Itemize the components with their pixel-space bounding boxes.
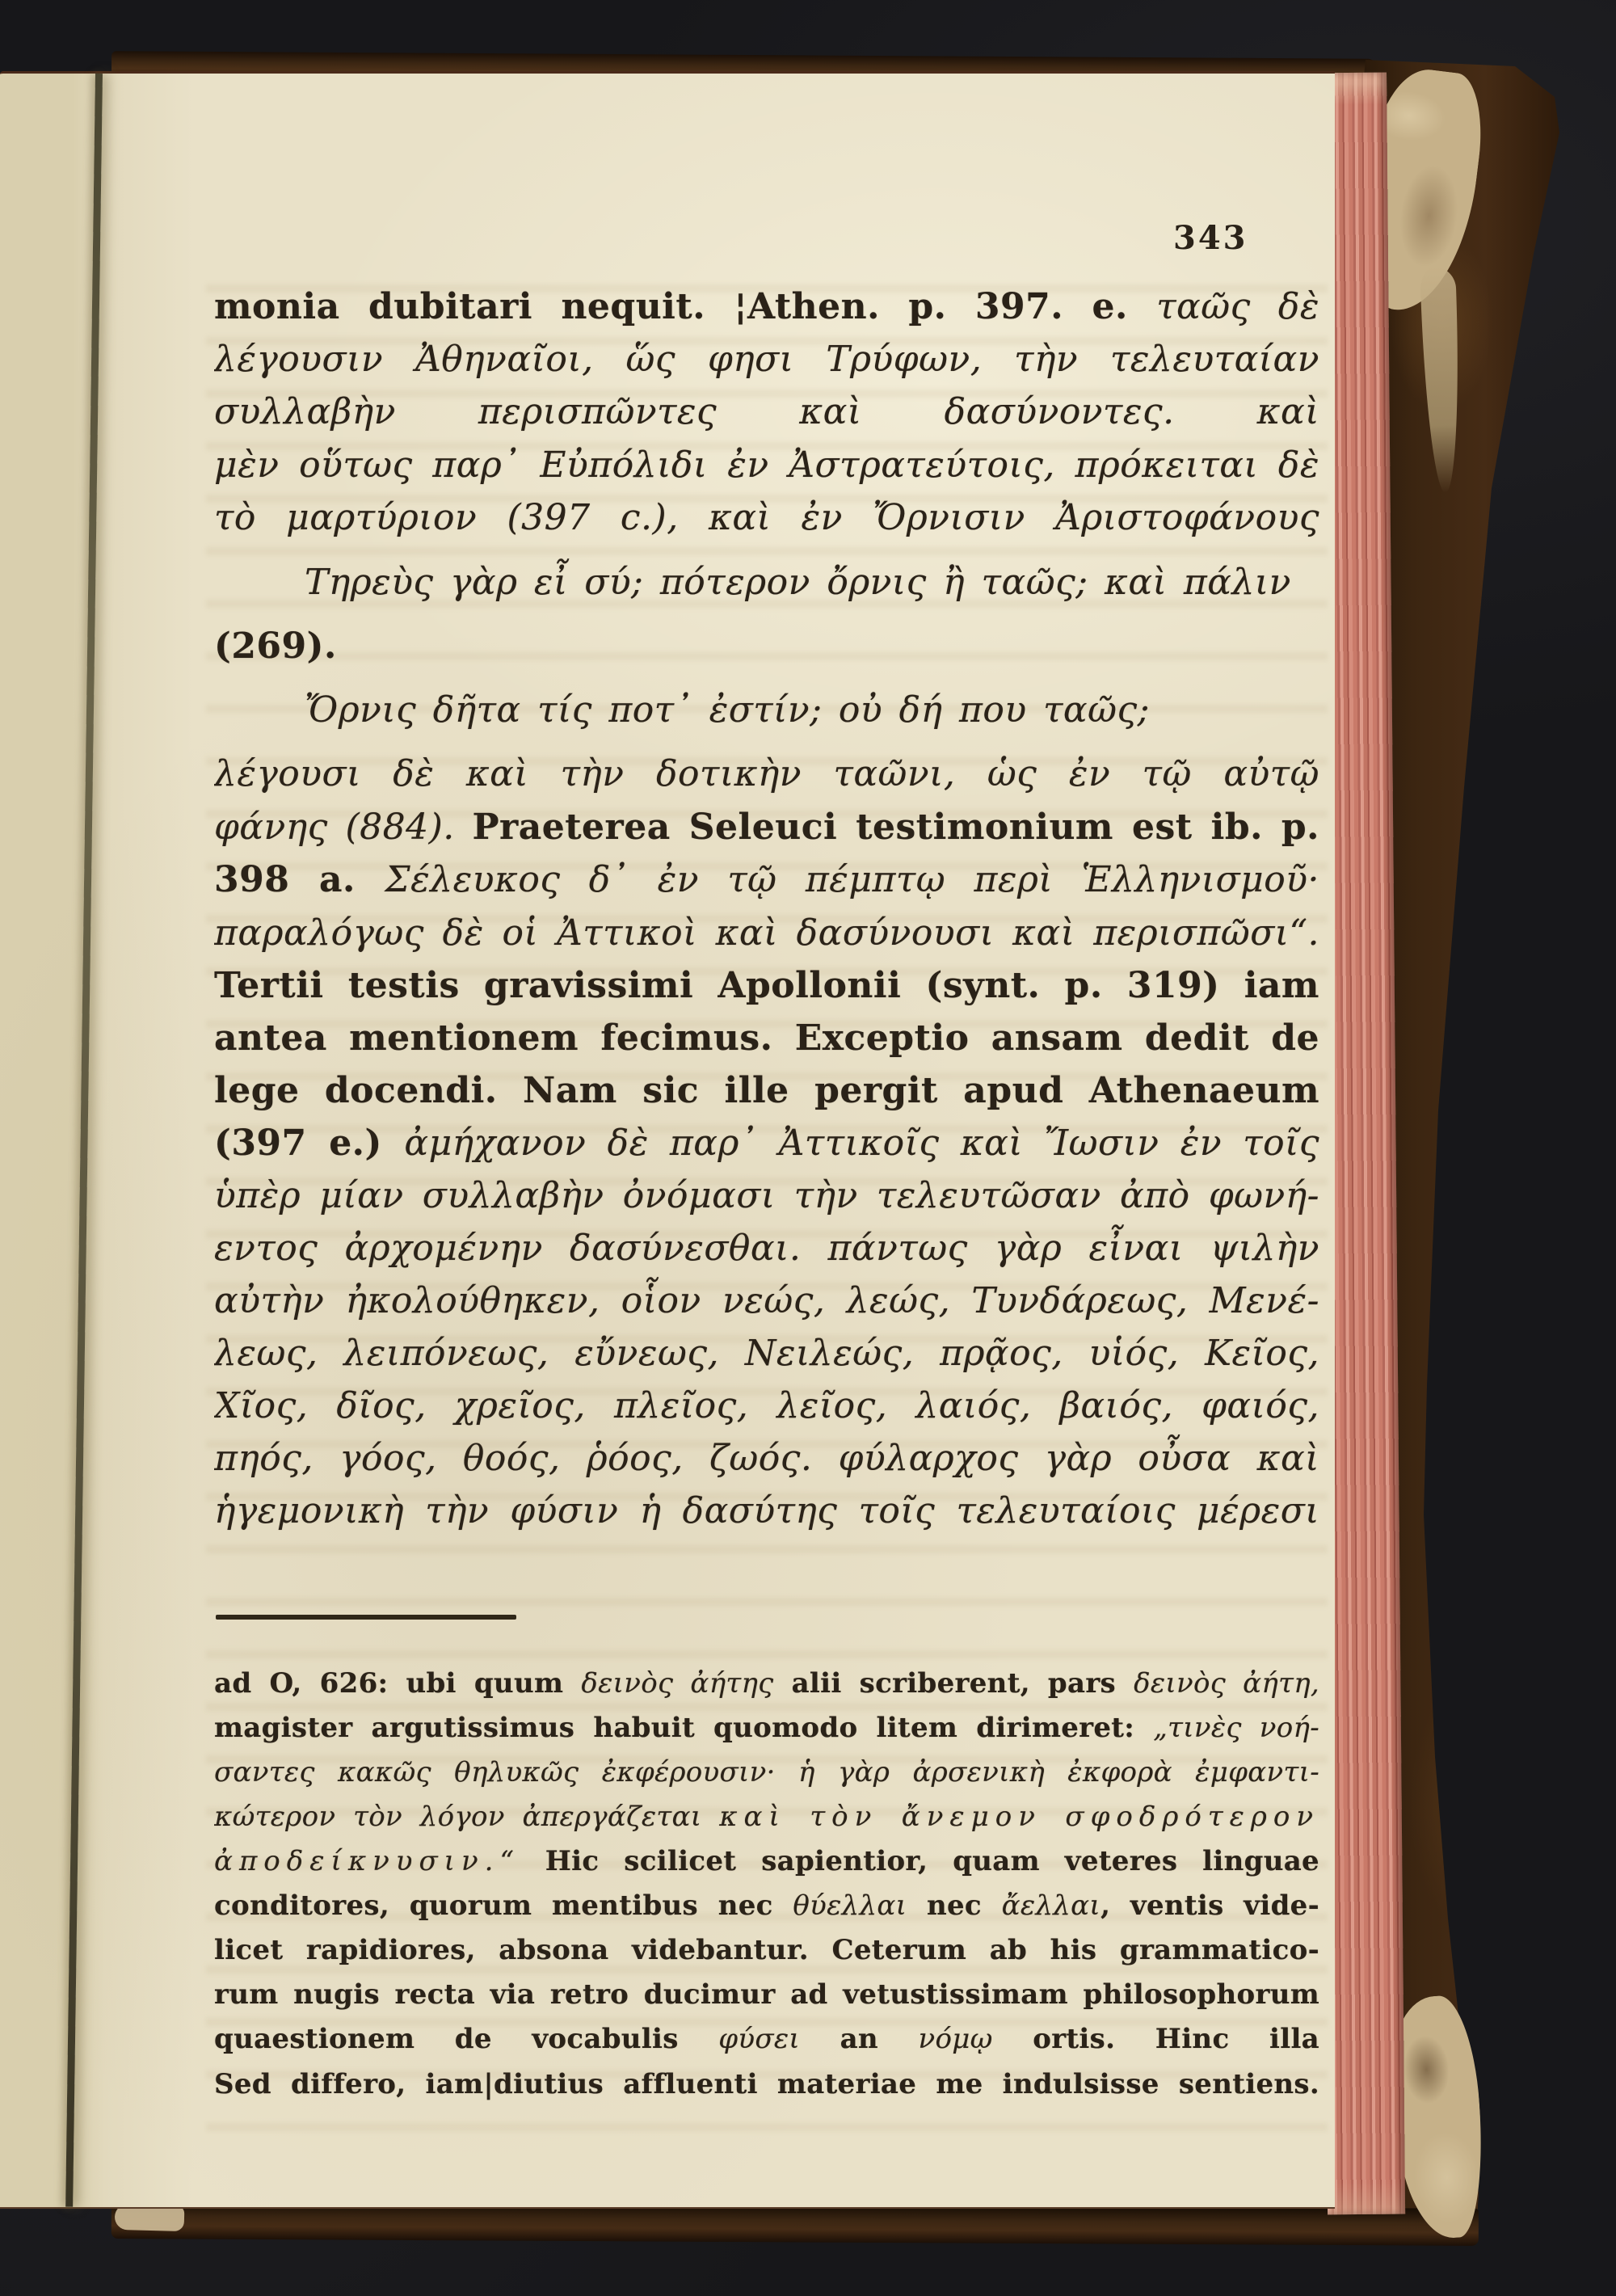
text-line: εντος ἀρχομένην δασύνεσθαι. πάντως γὰρ ε… (214, 1222, 1319, 1274)
latin-text-segment: (397 e.) (214, 1123, 404, 1164)
greek-text-segment: πηός, γόος, θοός, ῥόος, ζωός. φύλαρχος γ… (214, 1438, 1319, 1479)
greek-text-segment: κώτερον τὸν λόγον ἀπεργάζεται (214, 1801, 719, 1833)
text-line: antea mentionem fecimus. Exceptio ansam … (214, 1012, 1319, 1064)
text-line: λέγουσι δὲ καὶ τὴν δοτικὴν ταῶνι, ὡς ἐν … (214, 748, 1319, 801)
text-line: λεως, λειπόνεως, εὔνεως, Νειλεώς, πρᾷος,… (214, 1327, 1319, 1380)
latin-text-segment: Sed differo, iam|diutius affluenti mater… (214, 2068, 1319, 2100)
text-line: παραλόγως δὲ οἱ Ἀττικοὶ καὶ δασύνουσι κα… (214, 907, 1319, 959)
text-line: Sed differo, iam|diutius affluenti mater… (214, 2062, 1319, 2107)
greek-text-segment: Ὄρνις δῆτα τίς ποτ᾽ ἐστίν; οὐ δή που ταῶ… (305, 689, 1150, 731)
latin-text-segment: licet rapidiores, absona videbantur. Cet… (214, 1934, 1319, 1966)
latin-text-segment: Tertii testis gravissimi Apollonii (synt… (214, 965, 1319, 1006)
footnote-block: ad O, 626: ubi quum δεινὸς ἀήτης alii sc… (214, 1662, 1319, 2107)
text-line: ἀποδείκνυσιν.“ Hic scilicet sapientior, … (214, 1839, 1319, 1884)
scanned-book-photo: 343 monia dubitari nequit. ¦Athen. p. 39… (0, 0, 1616, 2296)
latin-text-segment: rum nugis recta via retro ducimur ad vet… (214, 1978, 1319, 2011)
latin-text-segment: quaestionem de vocabulis (214, 2023, 718, 2055)
greek-text-segment: ἡγεμονικὴ τὴν φύσιν ἡ δασύτης τοῖς τελευ… (214, 1490, 1319, 1531)
latin-text-segment: an (800, 2023, 918, 2055)
greek-text-segment: ἀποδείκνυσιν.“ (214, 1845, 520, 1877)
greek-text-segment: φύσει (718, 2023, 800, 2055)
greek-text-segment: „τινὲς νοή- (1153, 1712, 1319, 1744)
latin-text-segment: conditores, quorum mentibus nec (214, 1889, 793, 1922)
text-line: lege docendi. Nam sic ille pergit apud A… (214, 1064, 1319, 1117)
text-line: Χῖος, δῖος, χρεῖος, πλεῖος, λεῖος, λαιός… (214, 1380, 1319, 1432)
latin-text-segment: Hic scilicet sapientior, quam veteres li… (520, 1845, 1319, 1877)
text-line: conditores, quorum mentibus nec θύελλαι … (214, 1884, 1319, 1928)
footnote-separator-rule (216, 1615, 516, 1620)
text-line: συλλαβὴν περισπῶντες καὶ δασύνοντες. καὶ… (214, 385, 1319, 439)
greek-text-segment: ἄελλαι (1002, 1889, 1100, 1922)
text-line: 398 a. Σέλευκος δ᾽ ἐν τῷ πέμπτῳ περὶ Ἑλλ… (214, 853, 1319, 907)
latin-text-segment: Praeterea Seleuci testimonium est ib. p. (472, 807, 1319, 848)
greek-text-segment: λέγουσι δὲ καὶ τὴν δοτικὴν ταῶνι, ὡς ἐν … (214, 753, 1319, 801)
page-content: monia dubitari nequit. ¦Athen. p. 397. e… (214, 280, 1319, 2107)
text-line: ὑπὲρ μίαν συλλαβὴν ὀνόμασι τὴν τελευτῶσα… (214, 1169, 1319, 1222)
page-surface: 343 monia dubitari nequit. ¦Athen. p. 39… (0, 71, 1335, 2209)
text-line: πηός, γόος, θοός, ῥόος, ζωός. φύλαρχος γ… (214, 1432, 1319, 1485)
text-line: σαντες κακῶς θηλυκῶς ἐκφέρουσιν· ἡ γὰρ ἀ… (214, 1750, 1319, 1795)
text-line: μὲν οὕτως παρ᾽ Εὐπόλιδι ἐν Ἀστρατεύτοις,… (214, 439, 1319, 491)
latin-text-segment: , ventis vide- (1100, 1889, 1319, 1922)
greek-text-segment: ἀμήχανον δὲ παρ᾽ Ἀττικοῖς καὶ Ἴωσιν ἐν τ… (404, 1123, 1319, 1164)
greek-text-segment: εντος ἀρχομένην δασύνεσθαι. πάντως γὰρ ε… (214, 1228, 1319, 1269)
text-line: φάνης (884). Praeterea Seleuci testimoni… (214, 801, 1319, 853)
greek-text-segment: Τηρεὺς γὰρ εἶ σύ; πότερον ὄρνις ἢ ταῶς; … (305, 562, 1291, 603)
latin-text-segment: ad O, 626: ubi quum (214, 1667, 581, 1700)
latin-text-segment: alii scriberent, pars (773, 1667, 1134, 1700)
greek-text-segment: τὸ μαρτύριον (397 c.), καὶ ἐν Ὄρνισιν Ἀρ… (214, 497, 1319, 545)
latin-text-segment: monia dubitari nequit. ¦Athen. p. 397. e… (214, 286, 1156, 327)
greek-text-segment: καὶ τὸν ἄνεμον σφοδρότερον (719, 1801, 1319, 1833)
latin-text-segment: nec (907, 1889, 1001, 1922)
text-line: (269). (214, 620, 1319, 672)
text-line: licet rapidiores, absona videbantur. Cet… (214, 1928, 1319, 1973)
latin-text-segment: (269). (214, 626, 337, 667)
greek-text-segment: παραλόγως δὲ οἱ Ἀττικοὶ καὶ δασύνουσι κα… (214, 912, 1319, 954)
greek-text-segment: ταῶς δὲ (1156, 286, 1319, 327)
text-line: ἡγεμονικὴ τὴν φύσιν ἡ δασύτης τοῖς τελευ… (214, 1485, 1319, 1537)
text-line: monia dubitari nequit. ¦Athen. p. 397. e… (214, 280, 1319, 333)
greek-text-segment: νόμῳ (919, 2023, 993, 2055)
text-line: αὐτὴν ἠκολούθηκεν, οἷον νεώς, λεώς, Τυνδ… (214, 1274, 1319, 1327)
greek-text-segment: αὐτὴν ἠκολούθηκεν, οἷον νεώς, λεώς, Τυνδ… (214, 1280, 1319, 1321)
greek-text-segment: λεως, λειπόνεως, εὔνεως, Νειλεώς, πρᾷος,… (214, 1333, 1319, 1374)
latin-text-segment: 398 a. (214, 859, 385, 900)
text-line: τὸ μαρτύριον (397 c.), καὶ ἐν Ὄρνισιν Ἀρ… (214, 491, 1319, 545)
main-text-block: monia dubitari nequit. ¦Athen. p. 397. e… (214, 280, 1319, 1537)
greek-text-segment: λέγουσιν Ἀθηναῖοι, ὥς φησι Τρύφων, τὴν τ… (214, 339, 1319, 380)
text-line: quaestionem de vocabulis φύσει an νόμῳ o… (214, 2017, 1319, 2062)
text-line: λέγουσιν Ἀθηναῖοι, ὥς φησι Τρύφων, τὴν τ… (214, 333, 1319, 385)
text-line: ad O, 626: ubi quum δεινὸς ἀήτης alii sc… (214, 1662, 1319, 1706)
latin-text-segment: magister argutissimus habuit quomodo lit… (214, 1712, 1153, 1744)
page-number: 343 (1173, 219, 1248, 257)
text-line: Tertii testis gravissimi Apollonii (synt… (214, 959, 1319, 1012)
text-line: rum nugis recta via retro ducimur ad vet… (214, 1973, 1319, 2017)
greek-text-segment: Χῖος, δῖος, χρεῖος, πλεῖος, λεῖος, λαιός… (214, 1385, 1319, 1426)
text-line: (397 e.) ἀμήχανον δὲ παρ᾽ Ἀττικοῖς καὶ Ἴ… (214, 1117, 1319, 1169)
greek-text-segment: συλλαβὴν περισπῶντες καὶ δασύνοντες. καὶ… (214, 391, 1319, 439)
latin-text-segment: antea mentionem fecimus. Exceptio ansam … (214, 1017, 1319, 1059)
text-line: magister argutissimus habuit quomodo lit… (214, 1706, 1319, 1750)
greek-text-segment: θύελλαι (793, 1889, 907, 1922)
greek-text-segment: φάνης (884). (214, 807, 472, 848)
text-line: Ὄρνις δῆτα τίς ποτ᾽ ἐστίν; οὐ δή που ταῶ… (214, 684, 1319, 736)
page-gutter-fold (65, 74, 103, 2207)
greek-text-segment: δεινὸς ἀήτης (581, 1667, 773, 1700)
greek-text-segment: σαντες κακῶς θηλυκῶς ἐκφέρουσιν· ἡ γὰρ ἀ… (214, 1756, 1319, 1788)
greek-text-segment: μὲν οὕτως παρ᾽ Εὐπόλιδι ἐν Ἀστρατεύτοις,… (214, 444, 1319, 486)
greek-text-segment: ὑπὲρ μίαν συλλαβὴν ὀνόμασι τὴν τελευτῶσα… (214, 1175, 1319, 1216)
greek-text-segment: δεινὸς ἀήτη, (1134, 1667, 1319, 1700)
text-line: κώτερον τὸν λόγον ἀπεργάζεται καὶ τὸν ἄν… (214, 1795, 1319, 1839)
text-line: Τηρεὺς γὰρ εἶ σύ; πότερον ὄρνις ἢ ταῶς; … (214, 556, 1319, 609)
latin-text-segment: lege docendi. Nam sic ille pergit apud A… (214, 1070, 1319, 1111)
